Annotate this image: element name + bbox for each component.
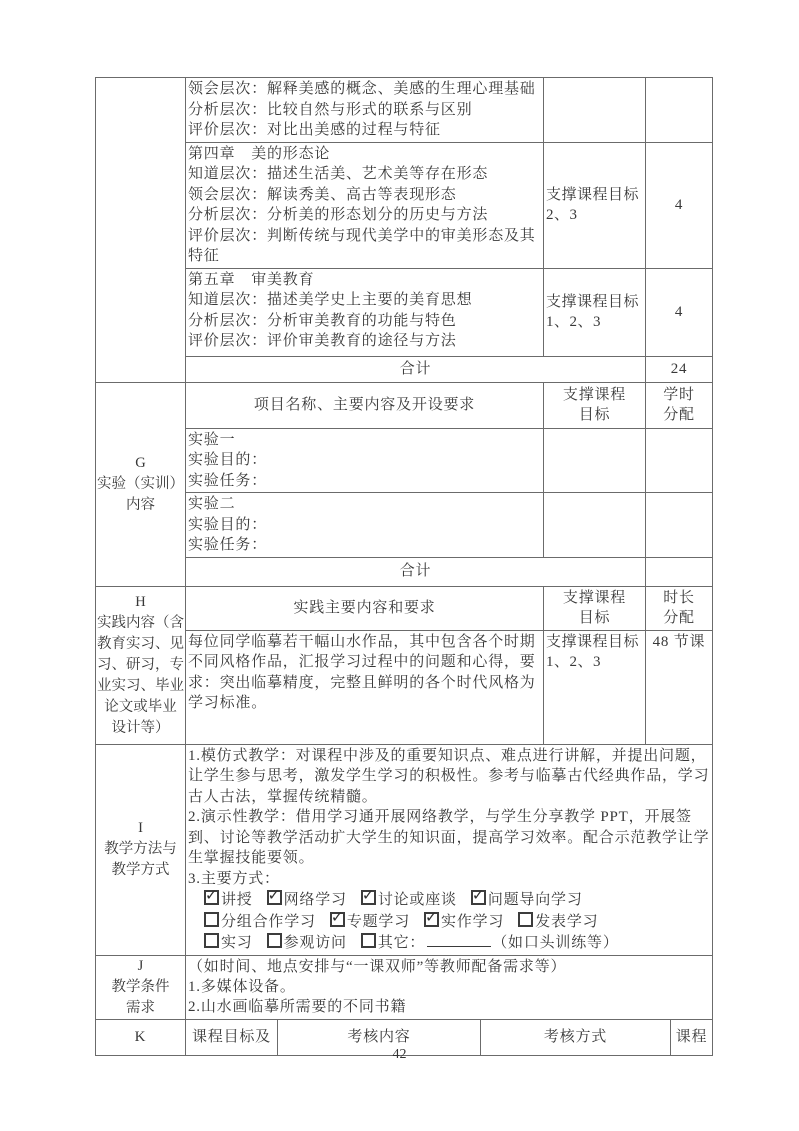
method-option: 参观访问 xyxy=(267,932,347,954)
table-row-conditions: J 教学条件 需求 （如时间、地点安排与“一课双师”等教师配备需求等） 1.多媒… xyxy=(96,955,713,1019)
checkbox-icon xyxy=(330,912,345,927)
total-hours-cell xyxy=(646,557,713,586)
g-header-support-cell: 支撑课程 目标 xyxy=(544,382,646,428)
method-option-label: 分组合作学习 xyxy=(221,914,316,930)
method-option: 其它： xyxy=(361,932,425,954)
section-i-label-cell: I 教学方法与 教学方式 xyxy=(96,744,186,955)
checkbox-icon xyxy=(267,933,282,948)
method-option-label: 参观访问 xyxy=(284,935,347,951)
fill-in-blank-line xyxy=(427,933,491,947)
method-option-label: 专题学习 xyxy=(347,914,410,930)
method-option: 专题学习 xyxy=(330,911,410,933)
table-section-j: J 教学条件 需求 （如时间、地点安排与“一课双师”等教师配备需求等） 1.多媒… xyxy=(95,955,713,1020)
checkbox-icon xyxy=(471,890,486,905)
section-f-label-cell xyxy=(96,78,186,383)
method-paragraph-3: 3.主要方式： xyxy=(188,869,710,890)
method-option-label: 讨论或座谈 xyxy=(378,892,457,908)
table-section-h: H 实践内容（含 教育实习、见 习、研习，专 业实习、毕业 论文或毕业 设计等）… xyxy=(95,586,713,745)
chapter-objectives-cell: 领会层次：解释美感的概念、美感的生理心理基础 分析层次：比较自然与形式的联系与区… xyxy=(186,78,544,143)
hours-cell xyxy=(646,78,713,143)
total-label-cell: 合计 xyxy=(186,557,646,586)
table-row: 第四章 美的形态论 知道层次：描述生活美、艺术美等存在形态 领会层次：解读秀美、… xyxy=(96,142,713,268)
table-row-experiment-1: 实验一 实验目的： 实验任务： xyxy=(96,428,713,493)
table-row: 第五章 审美教育 知道层次：描述美学史上主要的美育思想 分析层次：分析审美教育的… xyxy=(96,268,713,356)
syllabus-table: 领会层次：解释美感的概念、美感的生理心理基础 分析层次：比较自然与形式的联系与区… xyxy=(95,77,712,1056)
table-row: 领会层次：解释美感的概念、美感的生理心理基础 分析层次：比较自然与形式的联系与区… xyxy=(96,78,713,143)
support-target-cell xyxy=(544,78,646,143)
checkbox-icon xyxy=(424,912,439,927)
method-option: 分组合作学习 xyxy=(204,911,316,933)
total-label-cell: 合计 xyxy=(186,356,646,382)
method-option-label: 发表学习 xyxy=(535,914,598,930)
duration-cell: 48 节课 xyxy=(646,630,713,744)
method-option-label: 讲授 xyxy=(221,892,253,908)
g-header-hours-cell: 学时 分配 xyxy=(646,382,713,428)
method-option-label: 实作学习 xyxy=(441,914,504,930)
h-header-hours-cell: 时长 分配 xyxy=(646,586,713,630)
section-h-label-cell: H 实践内容（含 教育实习、见 习、研习，专 业实习、毕业 论文或毕业 设计等） xyxy=(96,586,186,744)
checkbox-icon xyxy=(204,890,219,905)
experiment-1-cell: 实验一 实验目的： 实验任务： xyxy=(186,428,544,493)
checkbox-icon xyxy=(361,933,376,948)
conditions-content-cell: （如时间、地点安排与“一课双师”等教师配备需求等） 1.多媒体设备。 2.山水画… xyxy=(186,955,713,1019)
table-section-i: I 教学方法与 教学方式 1.模仿式教学：对课程中涉及的重要知识点、难点进行讲解… xyxy=(95,744,713,956)
teaching-methods-row-3: 实习参观访问其它：（如口头训练等） xyxy=(188,932,710,954)
method-option: 问题导向学习 xyxy=(471,889,583,911)
checkbox-icon xyxy=(204,912,219,927)
method-option-label: 问题导向学习 xyxy=(488,892,583,908)
support-target-cell: 支撑课程目标 1、2、3 xyxy=(544,268,646,356)
method-option: 实习 xyxy=(204,932,253,954)
checkbox-icon xyxy=(361,890,376,905)
table-row-experiment-2: 实验二 实验目的： 实验任务： xyxy=(96,493,713,558)
table-section-g: G 实验（实训） 内容 项目名称、主要内容及开设要求 支撑课程 目标 学时 分配… xyxy=(95,382,713,587)
checkbox-icon xyxy=(204,933,219,948)
h-header-content-cell: 实践主要内容和要求 xyxy=(186,586,544,630)
section-g-label-cell: G 实验（实训） 内容 xyxy=(96,382,186,586)
total-hours-cell: 24 xyxy=(646,356,713,382)
hours-cell xyxy=(646,428,713,493)
experiment-2-cell: 实验二 实验目的： 实验任务： xyxy=(186,493,544,558)
chapter-objectives-cell: 第四章 美的形态论 知道层次：描述生活美、艺术美等存在形态 领会层次：解读秀美、… xyxy=(186,142,544,268)
teaching-methods-row-1: 讲授网络学习讨论或座谈问题导向学习 xyxy=(188,889,710,911)
checkbox-icon xyxy=(267,890,282,905)
hours-cell xyxy=(646,493,713,558)
table-row-methods: I 教学方法与 教学方式 1.模仿式教学：对课程中涉及的重要知识点、难点进行讲解… xyxy=(96,744,713,955)
method-option: 讨论或座谈 xyxy=(361,889,457,911)
table-row-practice: 每位同学临摹若干幅山水作品，其中包含各个时期不同风格作品，汇报学习过程中的问题和… xyxy=(96,630,713,744)
method-option: 发表学习 xyxy=(518,911,598,933)
hours-cell: 4 xyxy=(646,268,713,356)
page-number: 42 xyxy=(0,1047,799,1063)
method-option-label: 其它： xyxy=(378,935,425,951)
support-target-cell: 支撑课程目标 1、2、3 xyxy=(544,630,646,744)
chapter-objectives-cell: 第五章 审美教育 知道层次：描述美学史上主要的美育思想 分析层次：分析审美教育的… xyxy=(186,268,544,356)
h-header-support-cell: 支撑课程 目标 xyxy=(544,586,646,630)
table-row-total: 合计 xyxy=(96,557,713,586)
table-header-row: G 实验（实训） 内容 项目名称、主要内容及开设要求 支撑课程 目标 学时 分配 xyxy=(96,382,713,428)
support-target-cell: 支撑课程目标 2、3 xyxy=(544,142,646,268)
method-paragraph-1: 1.模仿式教学：对课程中涉及的重要知识点、难点进行讲解，并提出问题，让学生参与思… xyxy=(188,746,710,808)
table-row-total: 合计 24 xyxy=(96,356,713,382)
method-paragraph-2: 2.演示性教学：借用学习通开展网络教学，与学生分享教学 PPT，开展签到、讨论等… xyxy=(188,807,710,869)
method-option: 讲授 xyxy=(204,889,253,911)
blank-hint-text: （如口头训练等） xyxy=(492,935,618,951)
table-header-row: H 实践内容（含 教育实习、见 习、研习，专 业实习、毕业 论文或毕业 设计等）… xyxy=(96,586,713,630)
method-option-label: 实习 xyxy=(221,935,253,951)
section-j-label-cell: J 教学条件 需求 xyxy=(96,955,186,1019)
g-header-content-cell: 项目名称、主要内容及开设要求 xyxy=(186,382,544,428)
table-section-f: 领会层次：解释美感的概念、美感的生理心理基础 分析层次：比较自然与形式的联系与区… xyxy=(95,77,713,383)
checkbox-icon xyxy=(518,912,533,927)
method-option: 实作学习 xyxy=(424,911,504,933)
hours-cell: 4 xyxy=(646,142,713,268)
support-target-cell xyxy=(544,428,646,493)
teaching-methods-row-2: 分组合作学习专题学习实作学习发表学习 xyxy=(188,911,710,933)
teaching-methods-cell: 1.模仿式教学：对课程中涉及的重要知识点、难点进行讲解，并提出问题，让学生参与思… xyxy=(186,744,713,955)
practice-content-cell: 每位同学临摹若干幅山水作品，其中包含各个时期不同风格作品，汇报学习过程中的问题和… xyxy=(186,630,544,744)
support-target-cell xyxy=(544,493,646,558)
